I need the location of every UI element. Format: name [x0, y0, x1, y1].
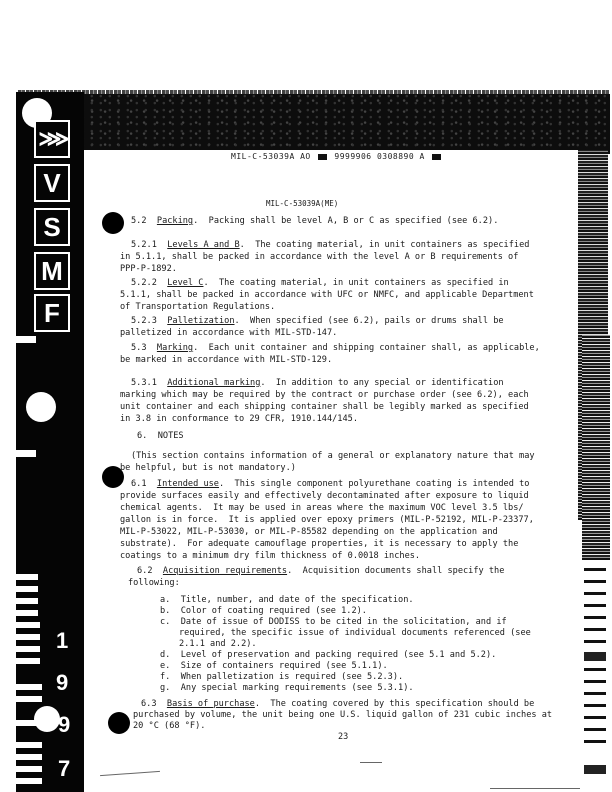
index-tab-s: S: [34, 208, 70, 246]
list-item: b. Color of coating required (see 1.2).: [160, 606, 367, 618]
strip-slit: [16, 450, 36, 457]
section-5-3-1-line: in 3.8 in conformance to 29 CFR, 1910.14…: [120, 414, 358, 426]
section-6-3-line: 6.3 Basis of purchase. The coating cover…: [141, 699, 534, 711]
section-6-1-line: gallon is in force. It is applied over e…: [120, 515, 534, 527]
punch-mark: [108, 712, 130, 734]
section-5-2: 5.2 Packing. Packing shall be level A, B…: [131, 216, 498, 228]
logo-tab: ⋙: [34, 120, 70, 158]
section-6-1-line: MIL-P-53022, MIL-P-53030, or MIL-P-85582…: [120, 527, 498, 539]
list-item: g. Any special marking requirements (see…: [160, 683, 414, 695]
section-6-1-line: coatings to a minimum dry film thickness…: [120, 551, 420, 563]
section-6-intro-line: (This section contains information of a …: [131, 451, 535, 463]
index-tab-f: F: [34, 294, 70, 332]
scan-header: MIL-C-53039A AO 9999906 0308890 A: [231, 152, 443, 161]
section-5-3-line: 5.3 Marking. Each unit container and shi…: [131, 343, 540, 355]
section-5-2-2-line: 5.1.1, shall be packed in accordance wit…: [120, 290, 534, 302]
list-item-continued: required, the specific issue of individu…: [179, 628, 531, 640]
scan-header-left: MIL-C-53039A AO: [231, 152, 311, 161]
section-5-2-1-line: 5.2.1 Levels A and B. The coating materi…: [131, 240, 529, 252]
list-item: a. Title, number, and date of the specif…: [160, 595, 414, 607]
section-5-2-3-line: palletized in accordance with MIL-STD-14…: [120, 328, 337, 340]
list-item: c. Date of issue of DODISS to be cited i…: [160, 617, 507, 629]
section-6-3-line: 20 °C (68 °F).: [133, 721, 205, 733]
page-number: 23: [338, 732, 348, 742]
section-5-3-1-line: unit container and each shipping contain…: [120, 402, 529, 414]
section-6-3-line: purchased by volume, the unit being one …: [133, 710, 552, 722]
punch-hole: [26, 392, 56, 422]
section-5-2-1-line: PPP-P-1892.: [120, 264, 177, 276]
list-item: f. When palletization is required (see 5…: [160, 672, 403, 684]
punch-hole: [34, 706, 60, 732]
scan-frame-right-lower: [582, 335, 610, 560]
section-6-2-line: 6.2 Acquisition requirements. Acquisitio…: [137, 566, 504, 578]
scan-frame-top: [18, 94, 610, 154]
black-square-icon: [318, 154, 327, 160]
section-6-1-line: provide surfaces easily and effectively …: [120, 491, 529, 503]
strip-slit: [16, 336, 36, 343]
spec-identifier: MIL-C-53039A(ME): [266, 199, 338, 208]
section-5-3-line: be marked in accordance with MIL-STD-129…: [120, 355, 332, 367]
list-item-continued: 2.1.1 and 2.2).: [179, 639, 257, 651]
section-5-2-2-line: 5.2.2 Level C. The coating material, in …: [131, 278, 509, 290]
scan-artifact: [490, 788, 580, 789]
ruler-number: 9: [56, 670, 68, 696]
section-5-2-1-line: in 5.1.1, shall be packed in accordance …: [120, 252, 518, 264]
list-item: e. Size of containers required (see 5.1.…: [160, 661, 388, 673]
scan-artifact: [360, 762, 382, 763]
section-6-2-line: following:: [128, 578, 180, 590]
ruler-number: 9: [58, 712, 70, 738]
section-6-1-line: 6.1 Intended use. This single component …: [131, 479, 529, 491]
section-5-3-1-line: 5.3.1 Additional marking. In addition to…: [131, 378, 504, 390]
section-6-heading: 6. NOTES: [137, 431, 184, 443]
black-square-icon: [432, 154, 441, 160]
scan-header-right: 9999906 0308890 A: [334, 152, 424, 161]
punch-mark: [102, 212, 124, 234]
section-5-2-2-line: of Transportation Regulations.: [120, 302, 275, 314]
section-6-intro-line: be helpful, but is not mandatory.): [120, 463, 296, 475]
list-item: d. Level of preservation and packing req…: [160, 650, 496, 662]
index-tab-m: M: [34, 252, 70, 290]
section-6-1-line: substrate). For adequate camouflage prop…: [120, 539, 518, 551]
section-6-1-line: chemical agents. It may be used in areas…: [120, 503, 524, 515]
ruler-number: 1: [56, 628, 68, 654]
ruler-number: 7: [58, 756, 70, 782]
section-5-3-1-line: marking which may be required by the con…: [120, 390, 529, 402]
index-tab-v: V: [34, 164, 70, 202]
section-5-2-3-line: 5.2.3 Palletization. When specified (see…: [131, 316, 504, 328]
